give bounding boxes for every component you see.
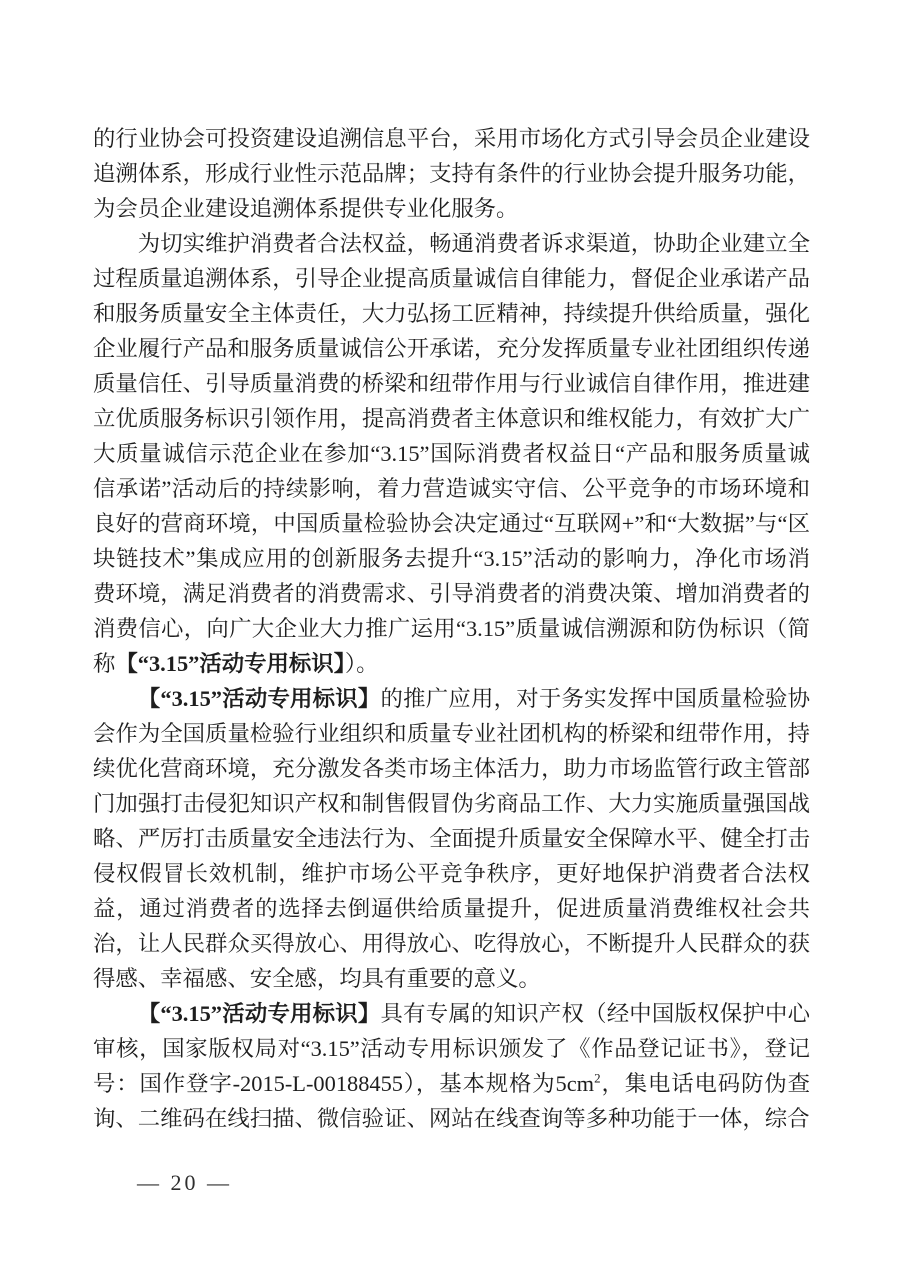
emphasis-run: 【“3.15”活动专用标识】 bbox=[138, 686, 381, 711]
paragraph: 的行业协会可投资建设追溯信息平台，采用市场化方式引导会员企业建设追溯体系，形成行… bbox=[93, 121, 810, 226]
page-number: — 20 — bbox=[137, 1170, 232, 1196]
text-run: 的推广应用，对于务实发挥中国质量检验协会作为全国质量检验行业组织和质量专业社团机… bbox=[93, 686, 810, 991]
document-body: 的行业协会可投资建设追溯信息平台，采用市场化方式引导会员企业建设追溯体系，形成行… bbox=[93, 121, 810, 1136]
emphasis-run: 【“3.15”活动专用标识】 bbox=[115, 651, 345, 676]
paragraph: 【“3.15”活动专用标识】的推广应用，对于务实发挥中国质量检验协会作为全国质量… bbox=[93, 681, 810, 996]
text-run: 的行业协会可投资建设追溯信息平台，采用市场化方式引导会员企业建设追溯体系，形成行… bbox=[93, 126, 810, 221]
document-page: { "document": { "paragraphs": [ { "inden… bbox=[0, 0, 900, 1273]
paragraph: 【“3.15”活动专用标识】具有专属的知识产权（经中国版权保护中心审核，国家版权… bbox=[93, 996, 810, 1136]
emphasis-run: 【“3.15”活动专用标识】 bbox=[138, 1001, 381, 1026]
text-run: ）。 bbox=[345, 651, 379, 676]
text-run: 为切实维护消费者合法权益，畅通消费者诉求渠道，协助企业建立全过程质量追溯体系，引… bbox=[93, 231, 810, 676]
paragraph: 为切实维护消费者合法权益，畅通消费者诉求渠道，协助企业建立全过程质量追溯体系，引… bbox=[93, 226, 810, 681]
